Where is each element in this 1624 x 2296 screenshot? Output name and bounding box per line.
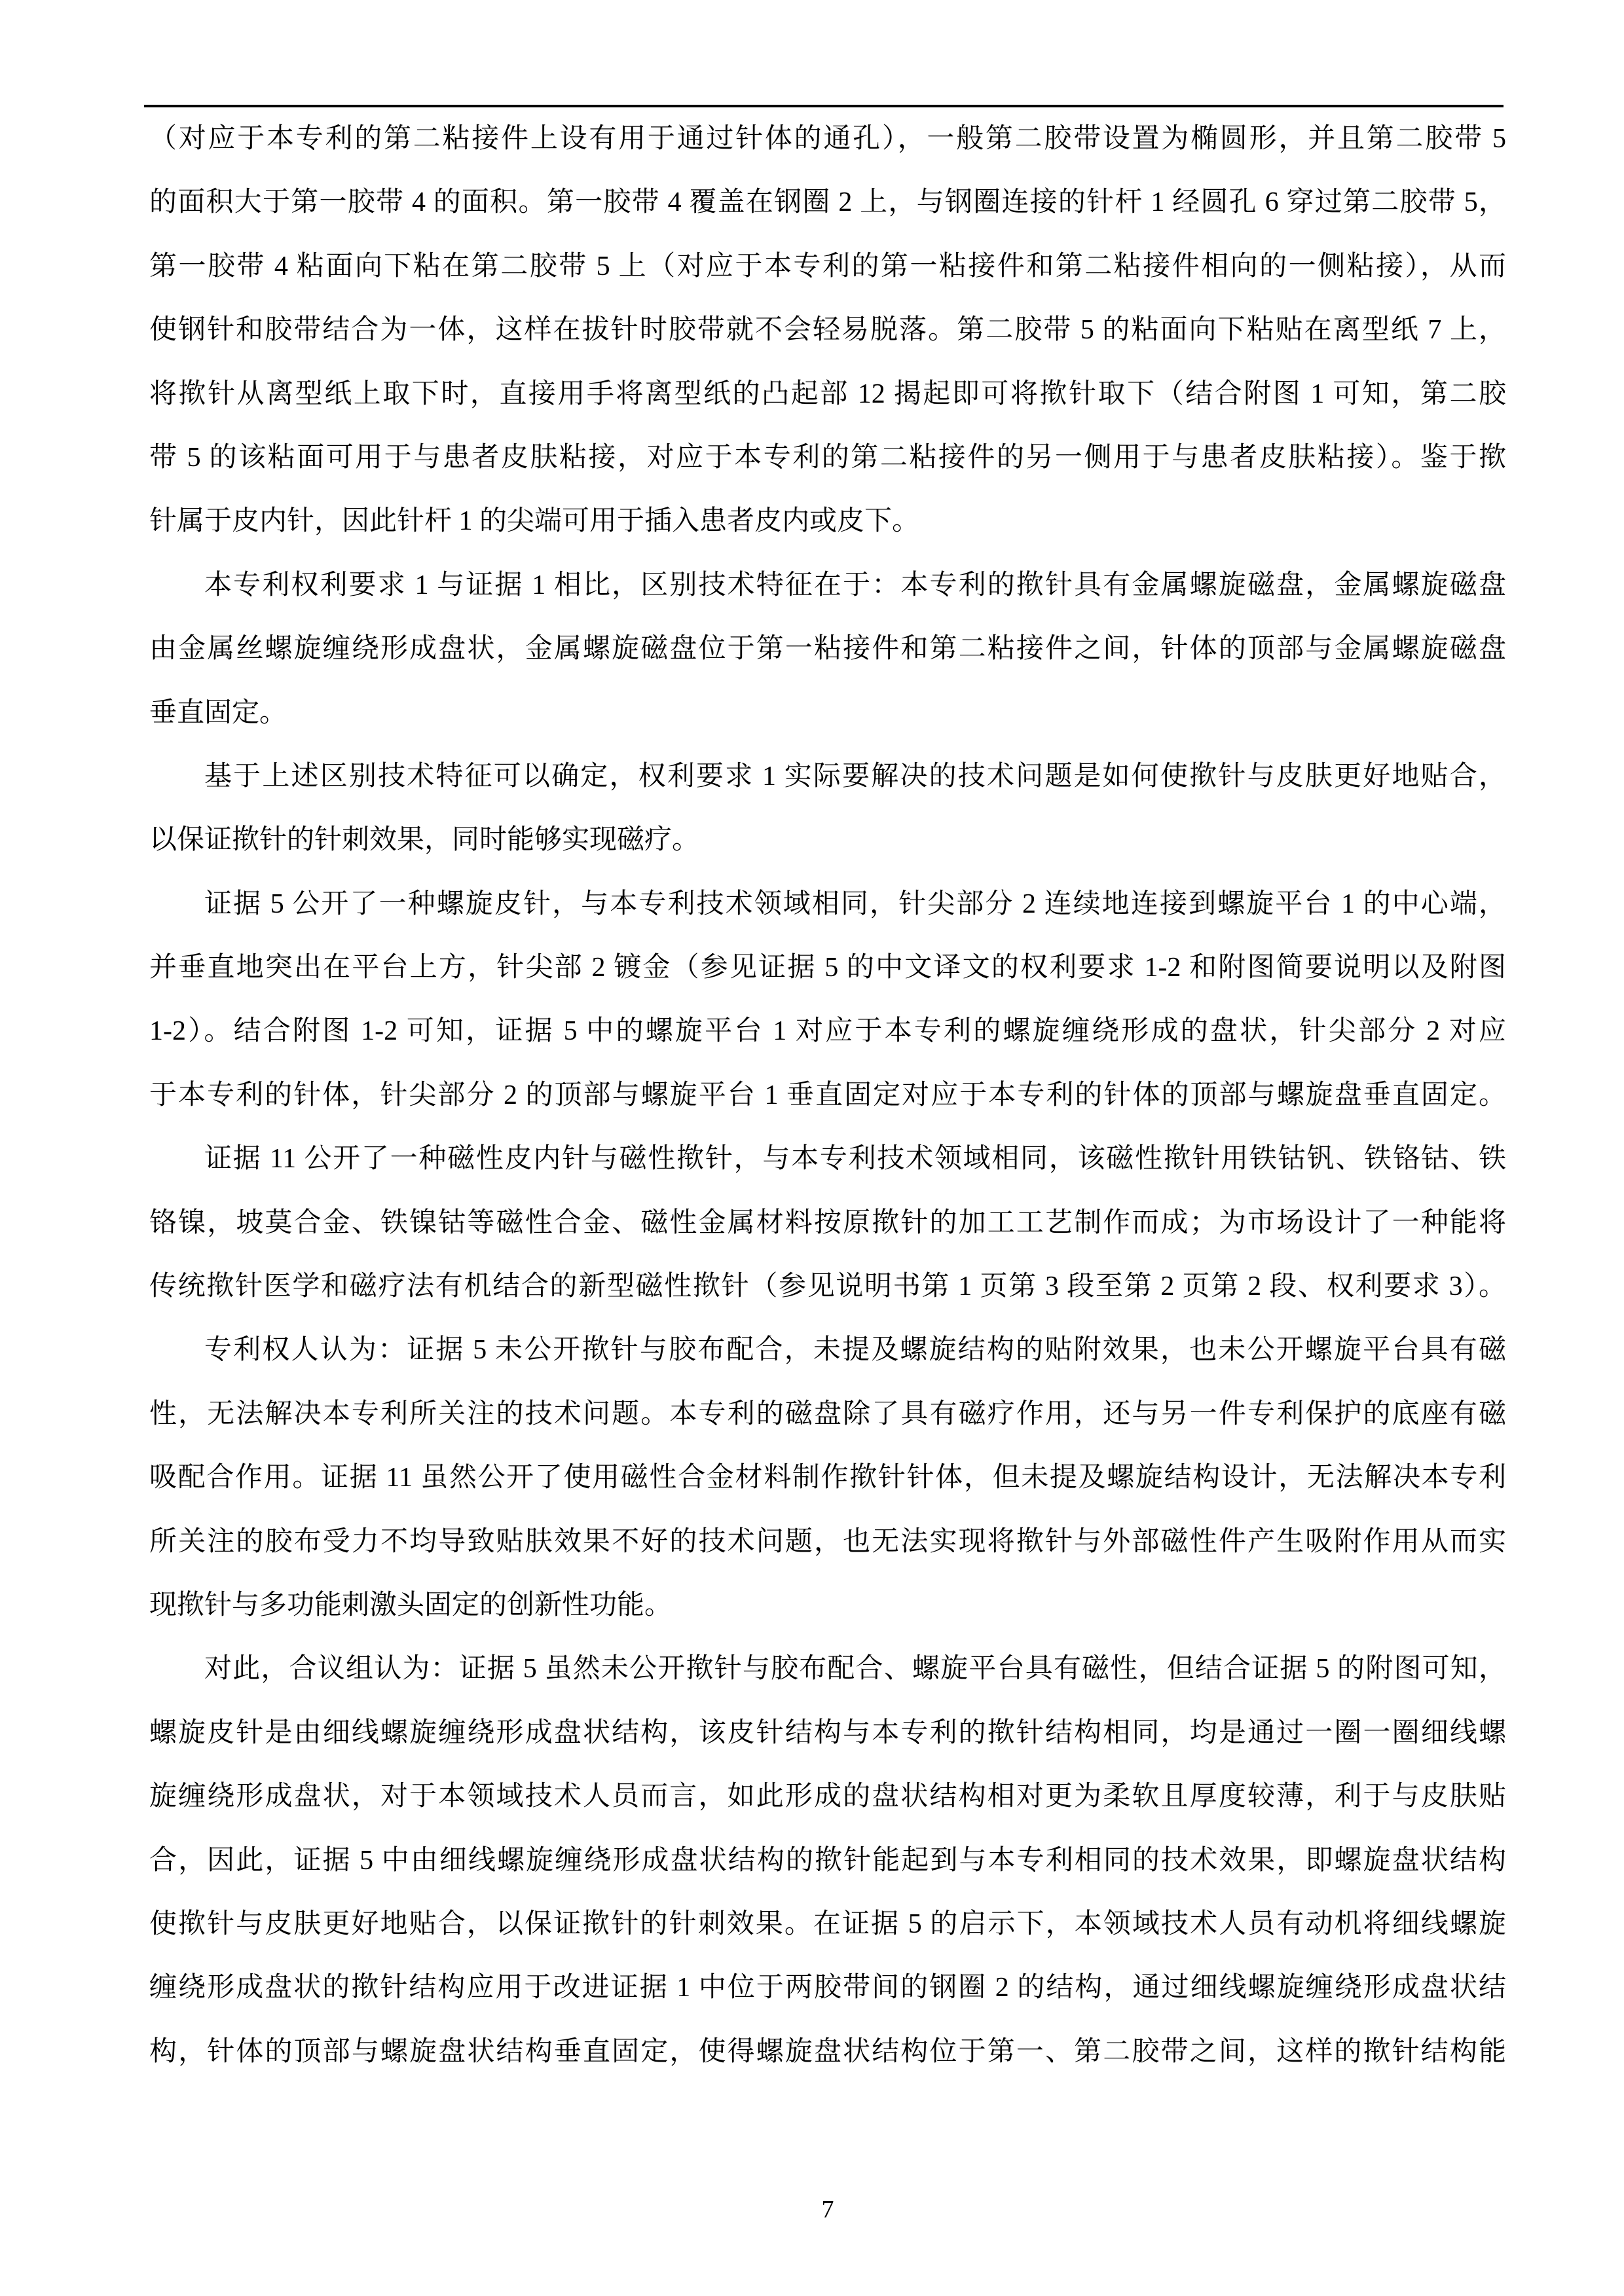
- text-line: 缠绕形成盘状的揿针结构应用于改进证据 1 中位于两胶带间的钢圈 2 的结构，通过…: [149, 1956, 1506, 2020]
- text-line: 基于上述区别技术特征可以确定，权利要求 1 实际要解决的技术问题是如何使揿针与皮…: [149, 745, 1506, 809]
- text-line: 合，因此，证据 5 中由细线螺旋缠绕形成盘状结构的揿针能起到与本专利相同的技术效…: [149, 1829, 1506, 1893]
- text-line: 构，针体的顶部与螺旋盘状结构垂直固定，使得螺旋盘状结构位于第一、第二胶带之间，这…: [149, 2020, 1506, 2084]
- text-line: 旋缠绕形成盘状，对于本领域技术人员而言，如此形成的盘状结构相对更为柔软且厚度较薄…: [149, 1765, 1506, 1829]
- text-line: 专利权人认为：证据 5 未公开揿针与胶布配合，未提及螺旋结构的贴附效果，也未公开…: [149, 1319, 1506, 1382]
- text-line: 并垂直地突出在平台上方，针尖部 2 镀金（参见证据 5 的中文译文的权利要求 1…: [149, 936, 1506, 1000]
- text-line: 1-2）。结合附图 1-2 可知，证据 5 中的螺旋平台 1 对应于本专利的螺旋…: [149, 1000, 1506, 1063]
- text-line: 证据 11 公开了一种磁性皮内针与磁性揿针，与本专利技术领域相同，该磁性揿针用铁…: [149, 1127, 1506, 1191]
- text-line: 垂直固定。: [149, 682, 1506, 745]
- text-line: 使钢针和胶带结合为一体，这样在拔针时胶带就不会轻易脱落。第二胶带 5 的粘面向下…: [149, 299, 1506, 362]
- text-line: 对此，合议组认为：证据 5 虽然未公开揿针与胶布配合、螺旋平台具有磁性，但结合证…: [149, 1637, 1506, 1701]
- page-number: 7: [149, 2187, 1506, 2232]
- text-line: 第一胶带 4 粘面向下粘在第二胶带 5 上（对应于本专利的第一粘接件和第二粘接件…: [149, 235, 1506, 299]
- text-line: 螺旋皮针是由细线螺旋缠绕形成盘状结构，该皮针结构与本专利的揿针结构相同，均是通过…: [149, 1702, 1506, 1765]
- text-line: 传统揿针医学和磁疗法有机结合的新型磁性揿针（参见说明书第 1 页第 3 段至第 …: [149, 1255, 1506, 1319]
- text-line: 将揿针从离型纸上取下时，直接用手将离型纸的凸起部 12 揭起即可将揿针取下（结合…: [149, 363, 1506, 426]
- text-line: 于本专利的针体，针尖部分 2 的顶部与螺旋平台 1 垂直固定对应于本专利的针体的…: [149, 1064, 1506, 1127]
- text-line: 以保证揿针的针刺效果，同时能够实现磁疗。: [149, 809, 1506, 872]
- text-line: 证据 5 公开了一种螺旋皮针，与本专利技术领域相同，针尖部分 2 连续地连接到螺…: [149, 873, 1506, 936]
- document-page: （对应于本专利的第二粘接件上设有用于通过针体的通孔），一般第二胶带设置为椭圆形，…: [0, 0, 1624, 2296]
- text-line: 现揿针与多功能刺激头固定的创新性功能。: [149, 1574, 1506, 1637]
- text-line: 的面积大于第一胶带 4 的面积。第一胶带 4 覆盖在钢圈 2 上，与钢圈连接的针…: [149, 171, 1506, 234]
- text-line: 本专利权利要求 1 与证据 1 相比，区别技术特征在于：本专利的揿针具有金属螺旋…: [149, 554, 1506, 617]
- text-line: 铬镍，坡莫合金、铁镍钴等磁性合金、磁性金属材料按原揿针的加工工艺制作而成；为市场…: [149, 1192, 1506, 1255]
- text-line: 性，无法解决本专利所关注的技术问题。本专利的磁盘除了具有磁疗作用，还与另一件专利…: [149, 1383, 1506, 1446]
- text-line: 由金属丝螺旋缠绕形成盘状，金属螺旋磁盘位于第一粘接件和第二粘接件之间，针体的顶部…: [149, 617, 1506, 681]
- text-line: 使揿针与皮肤更好地贴合，以保证揿针的针刺效果。在证据 5 的启示下，本领域技术人…: [149, 1893, 1506, 1956]
- text-line: 吸配合作用。证据 11 虽然公开了使用磁性合金材料制作揿针针体，但未提及螺旋结构…: [149, 1446, 1506, 1510]
- text-line: 针属于皮内针，因此针杆 1 的尖端可用于插入患者皮内或皮下。: [149, 490, 1506, 553]
- text-line: 带 5 的该粘面可用于与患者皮肤粘接，对应于本专利的第二粘接件的另一侧用于与患者…: [149, 426, 1506, 490]
- text-line: （对应于本专利的第二粘接件上设有用于通过针体的通孔），一般第二胶带设置为椭圆形，…: [149, 107, 1506, 171]
- text-body: （对应于本专利的第二粘接件上设有用于通过针体的通孔），一般第二胶带设置为椭圆形，…: [149, 107, 1506, 2084]
- text-line: 所关注的胶布受力不均导致贴肤效果不好的技术问题，也无法实现将揿针与外部磁性件产生…: [149, 1510, 1506, 1574]
